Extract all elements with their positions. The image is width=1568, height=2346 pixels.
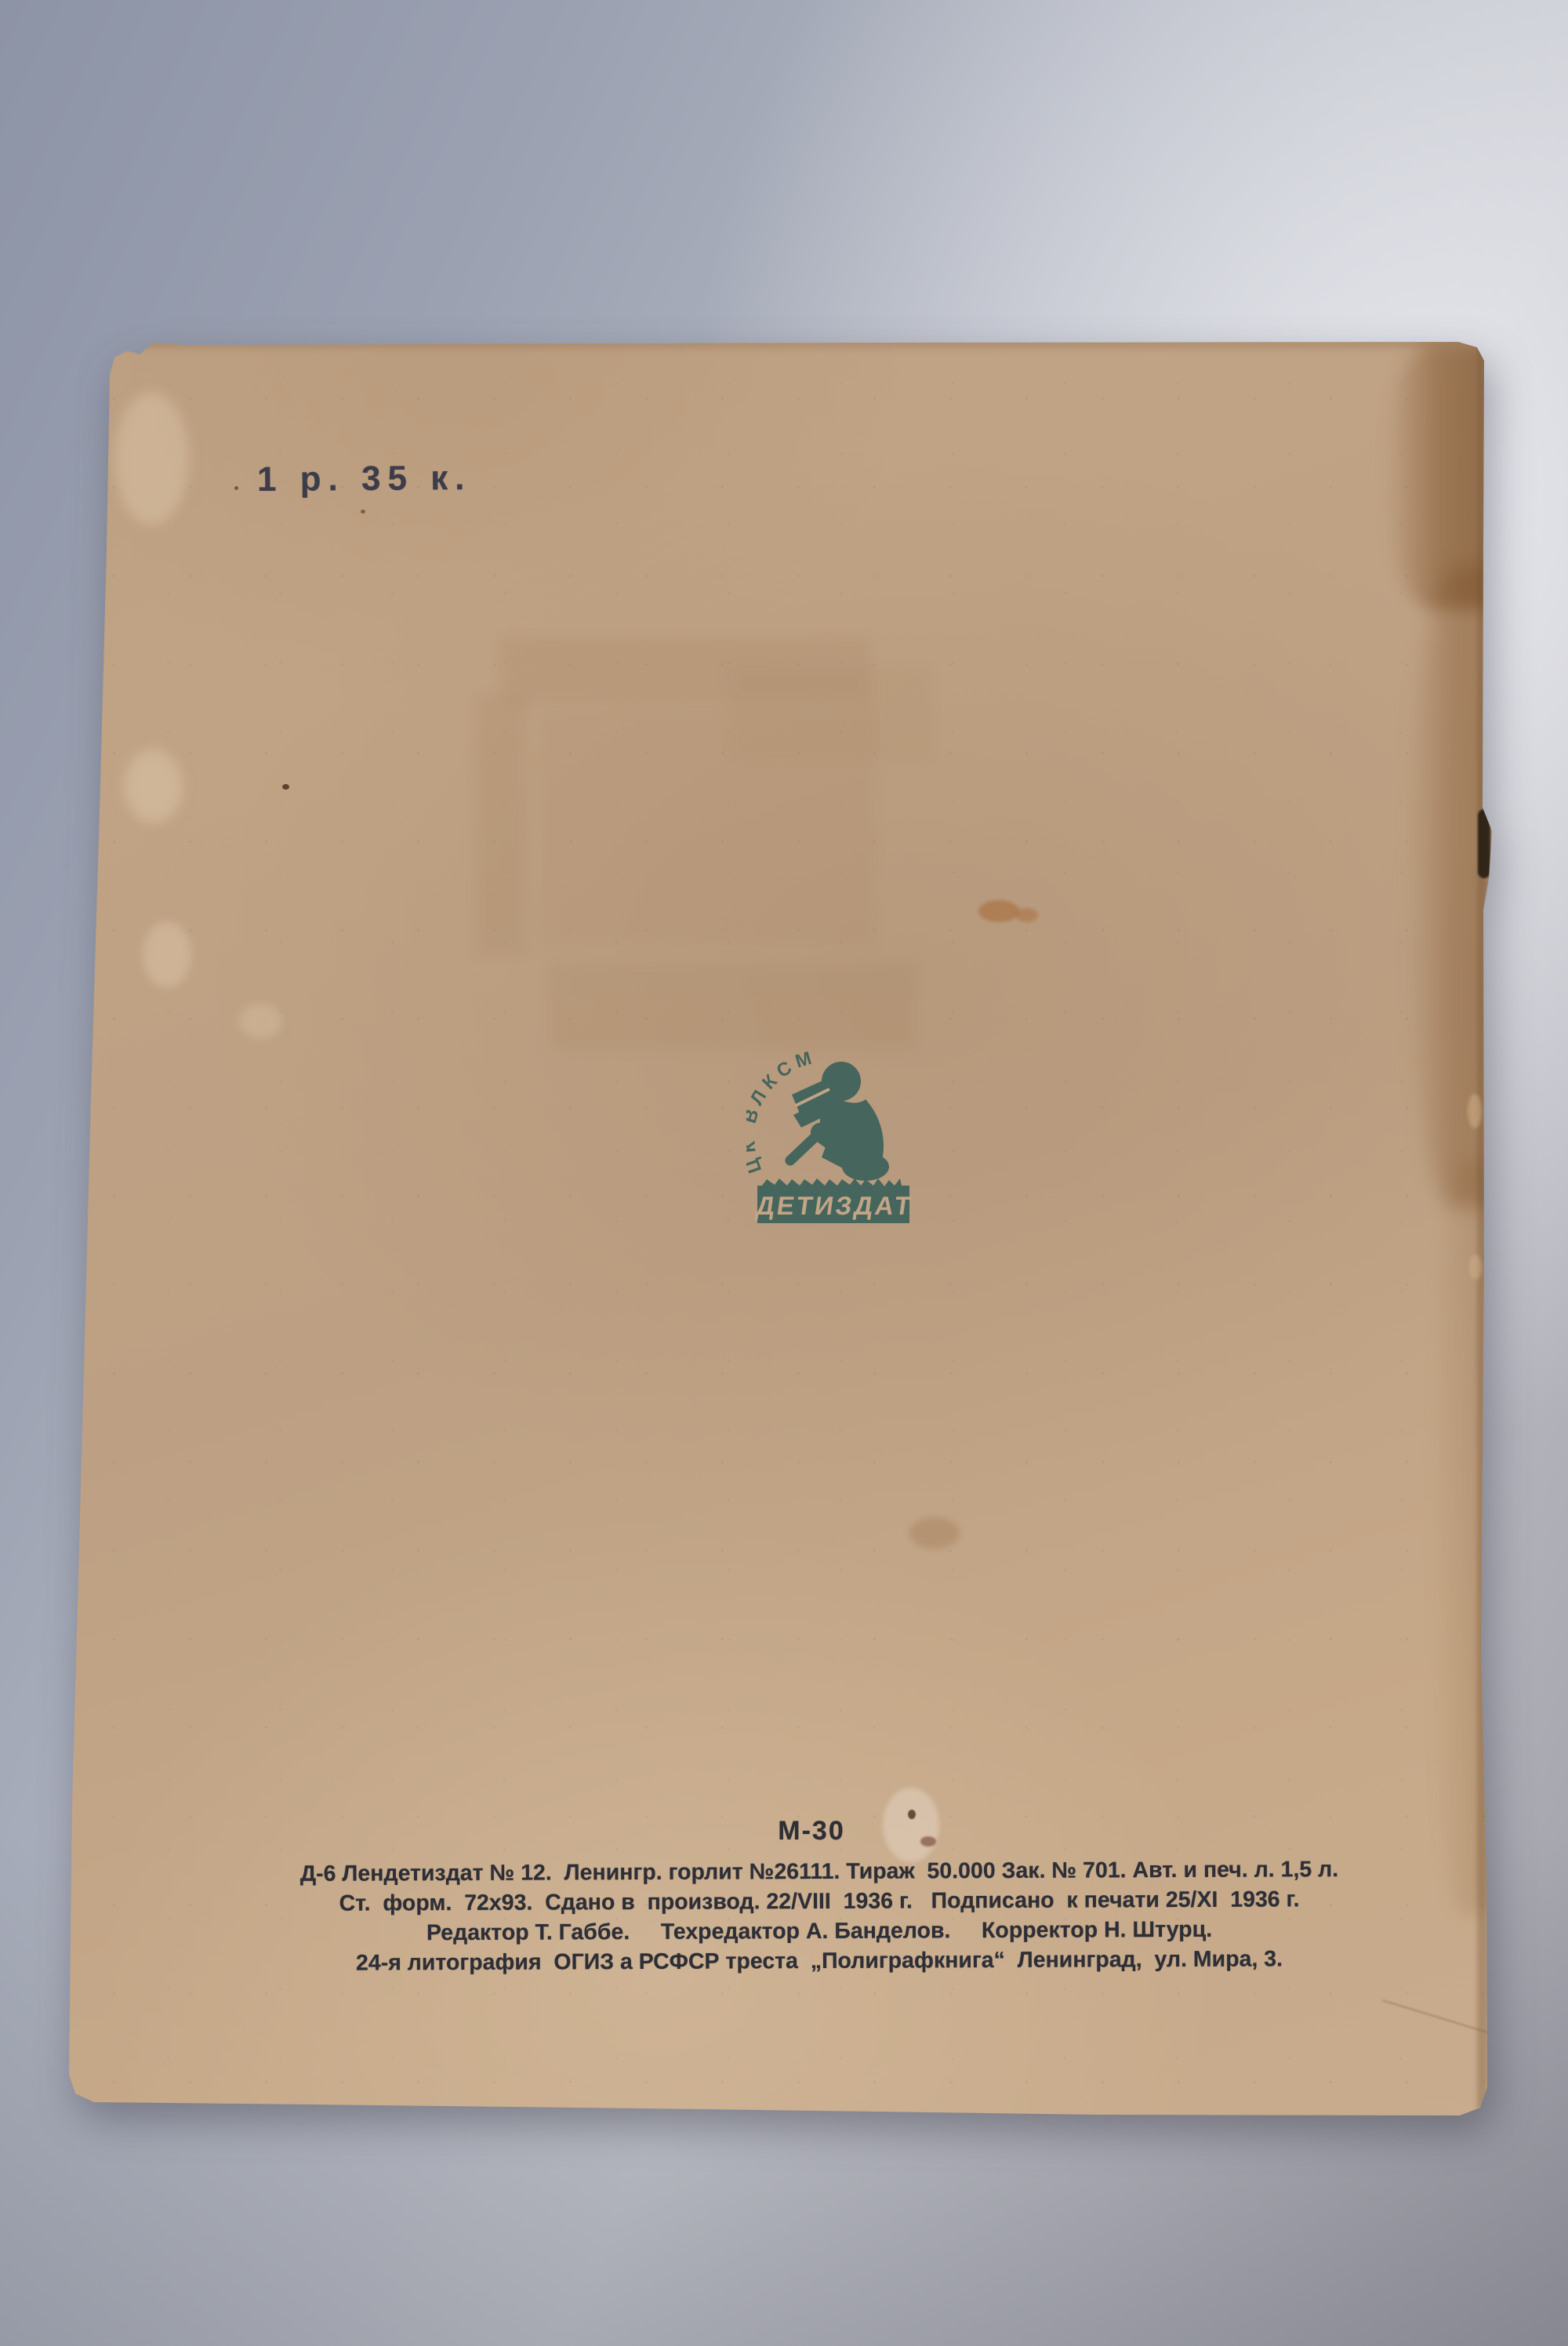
dark-speck-2: [234, 486, 238, 490]
logo-banner-text: ДЕТИЗДАТ: [754, 1192, 915, 1221]
edition-code: М-30: [192, 1816, 1431, 1847]
imprint-block: Д-6 Лендетиздат № 12. Ленингр. горлит №2…: [192, 1857, 1446, 1976]
right-edge-darkening: [1477, 345, 1488, 2109]
fox-spot-3: [909, 1517, 960, 1549]
light-patch-left-1: [114, 392, 189, 525]
logo-child-silhouette: [790, 1062, 889, 1181]
right-edge-chip-2: [1469, 1255, 1482, 1280]
right-edge-dark-notch: [1478, 809, 1490, 878]
book-shadow-wrap: 1 р. 35 к. ЦК ВЛКСМ: [0, 0, 1568, 2346]
top-edge-shading: [110, 340, 1486, 353]
light-patch-left-3: [143, 921, 191, 988]
light-patch-left-2: [124, 749, 183, 823]
price-label: 1 р. 35 к.: [257, 459, 472, 499]
dark-speck-3: [361, 510, 365, 514]
fox-spot-1: [978, 900, 1019, 922]
photo-of-book-back-cover: 1 р. 35 к. ЦК ВЛКСМ: [0, 0, 1568, 2346]
imprint-line-4: 24-я литография ОГИЗ а РСФСР треста „Пол…: [192, 1944, 1446, 1979]
fox-spot-2: [1016, 908, 1038, 922]
logo-group: ЦК ВЛКСМ: [746, 1046, 915, 1223]
dark-speck-1: [282, 784, 289, 790]
light-patch-left-4: [239, 1004, 282, 1039]
book-back-cover: 1 р. 35 к. ЦК ВЛКСМ: [0, 0, 1568, 2346]
right-edge-chip-1: [1468, 1094, 1482, 1128]
detizdat-logo: ЦК ВЛКСМ: [746, 1044, 938, 1228]
